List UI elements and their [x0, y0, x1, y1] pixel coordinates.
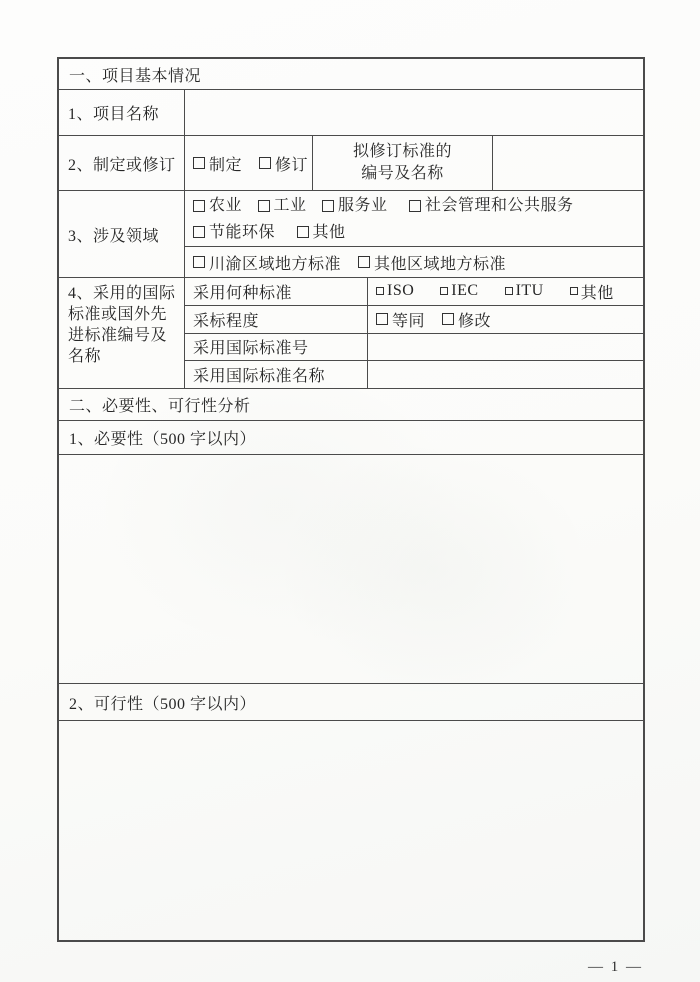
section1-header-row: 一、项目基本情况: [59, 59, 643, 90]
checkbox-option-identical[interactable]: 等同: [376, 308, 425, 331]
necessity-label-row: 1、必要性（500 字以内）: [59, 421, 643, 455]
feasibility-text-area[interactable]: [59, 721, 643, 940]
checkbox-label: ISO: [387, 282, 414, 300]
revise-standard-id-label-line2: 编号及名称: [361, 163, 444, 185]
revise-standard-id-label-line1: 拟修订标准的: [353, 141, 452, 163]
checkbox-label: 川渝区域地方标准: [209, 251, 341, 274]
checkbox-label: 节能环保: [209, 220, 275, 245]
adoption-degree-row: 采标程度 等同 修改: [185, 306, 643, 334]
intl-standard-type-options: ISO IEC ITU 其他: [367, 278, 643, 305]
checkbox-label: 修改: [458, 308, 491, 331]
checkbox-icon[interactable]: [440, 287, 448, 295]
feasibility-label: 2、可行性（500 字以内）: [59, 684, 643, 720]
intl-standard-number-label: 采用国际标准号: [185, 334, 367, 361]
checkbox-label: 其他: [581, 280, 614, 303]
checkbox-label: IEC: [451, 282, 478, 300]
checkbox-icon[interactable]: [409, 200, 421, 212]
checkbox-icon[interactable]: [193, 157, 205, 169]
intl-standard-subtable: 采用何种标准 ISO IEC ITU 其他 采标程度 等同 修改: [184, 278, 643, 388]
section1-title: 一、项目基本情况: [59, 59, 643, 89]
checkbox-icon[interactable]: [322, 200, 334, 212]
intl-standard-type-row: 采用何种标准 ISO IEC ITU 其他: [185, 278, 643, 306]
checkbox-label: 等同: [392, 308, 425, 331]
adoption-degree-label: 采标程度: [185, 306, 367, 333]
checkbox-label: 其他区域地方标准: [374, 251, 506, 274]
intl-standard-type-label: 采用何种标准: [185, 278, 367, 305]
checkbox-option-draft[interactable]: 制定: [193, 152, 242, 175]
domains-region-options: 川渝区域地方标准 其他区域地方标准: [185, 247, 643, 277]
intl-standard-label: 4、采用的国际标准或国外先进标准编号及名称: [59, 278, 184, 388]
checkbox-icon[interactable]: [193, 256, 205, 268]
checkbox-option-energy-environment[interactable]: 节能环保: [193, 220, 275, 245]
necessity-label: 1、必要性（500 字以内）: [59, 421, 643, 454]
revise-standard-id-label: 拟修订标准的 编号及名称: [312, 136, 492, 190]
project-name-label: 1、项目名称: [59, 90, 184, 135]
checkbox-label: 社会管理和公共服务: [425, 193, 574, 218]
feasibility-body-row: [59, 721, 643, 940]
checkbox-option-agriculture[interactable]: 农业: [193, 193, 242, 218]
checkbox-option-social-management[interactable]: 社会管理和公共服务: [409, 193, 574, 218]
intl-standard-row: 4、采用的国际标准或国外先进标准编号及名称 采用何种标准 ISO IEC ITU…: [59, 278, 643, 389]
domains-row: 3、涉及领域 农业 工业 服务业 社会管理和公共服务 节能环保 其他 川渝区域地…: [59, 191, 643, 278]
intl-standard-name-label: 采用国际标准名称: [185, 361, 367, 388]
adoption-degree-options: 等同 修改: [367, 306, 643, 333]
checkbox-option-chuanyu-regional-standard[interactable]: 川渝区域地方标准: [193, 251, 341, 274]
domains-label: 3、涉及领域: [59, 191, 184, 277]
checkbox-icon[interactable]: [376, 313, 388, 325]
checkbox-icon[interactable]: [376, 287, 384, 295]
checkbox-label: 制定: [209, 152, 242, 175]
checkbox-option-iec[interactable]: IEC: [440, 282, 478, 300]
necessity-body-row: [59, 455, 643, 684]
domains-sector-options: 农业 工业 服务业 社会管理和公共服务 节能环保 其他: [185, 191, 643, 247]
draft-or-revise-label: 2、制定或修订: [59, 136, 184, 190]
checkbox-option-other-sector[interactable]: 其他: [297, 220, 346, 245]
draft-or-revise-row: 2、制定或修订 制定 修订 拟修订标准的 编号及名称: [59, 136, 643, 191]
revise-standard-id-input-cell[interactable]: [492, 136, 643, 190]
checkbox-icon[interactable]: [358, 256, 370, 268]
intl-standard-number-row: 采用国际标准号: [185, 334, 643, 362]
checkbox-option-service[interactable]: 服务业: [322, 193, 388, 218]
draft-or-revise-options-cell: 制定 修订: [184, 136, 312, 190]
checkbox-label: 修订: [275, 152, 308, 175]
checkbox-label: ITU: [516, 282, 544, 300]
intl-standard-number-input-cell[interactable]: [367, 334, 643, 361]
checkbox-label: 其他: [313, 220, 346, 245]
necessity-text-area[interactable]: [59, 455, 643, 683]
checkbox-icon[interactable]: [193, 200, 205, 212]
checkbox-icon[interactable]: [258, 200, 270, 212]
checkbox-option-modified[interactable]: 修改: [442, 308, 491, 331]
checkbox-icon[interactable]: [442, 313, 454, 325]
domains-options-cell: 农业 工业 服务业 社会管理和公共服务 节能环保 其他 川渝区域地方标准 其他区…: [184, 191, 643, 277]
section2-header-row: 二、必要性、可行性分析: [59, 389, 643, 421]
feasibility-label-row: 2、可行性（500 字以内）: [59, 684, 643, 721]
checkbox-option-other-regional-standard[interactable]: 其他区域地方标准: [358, 251, 506, 274]
checkbox-icon[interactable]: [297, 226, 309, 238]
checkbox-option-revise[interactable]: 修订: [259, 152, 308, 175]
intl-standard-name-input-cell[interactable]: [367, 361, 643, 388]
project-name-input-cell[interactable]: [184, 90, 643, 135]
checkbox-option-industry[interactable]: 工业: [258, 193, 307, 218]
checkbox-icon[interactable]: [193, 226, 205, 238]
checkbox-option-itu[interactable]: ITU: [505, 282, 544, 300]
checkbox-label: 工业: [274, 193, 307, 218]
checkbox-option-iso[interactable]: ISO: [376, 282, 414, 300]
checkbox-option-other-standard[interactable]: 其他: [570, 280, 614, 303]
checkbox-label: 农业: [209, 193, 242, 218]
checkbox-icon[interactable]: [259, 157, 271, 169]
section2-title: 二、必要性、可行性分析: [59, 389, 643, 420]
checkbox-label: 服务业: [338, 193, 388, 218]
intl-standard-name-row: 采用国际标准名称: [185, 361, 643, 388]
scanned-form-page: 一、项目基本情况 1、项目名称 2、制定或修订 制定 修订 拟修订标准的 编号及…: [0, 0, 700, 982]
project-application-form-table: 一、项目基本情况 1、项目名称 2、制定或修订 制定 修订 拟修订标准的 编号及…: [57, 57, 645, 942]
checkbox-icon[interactable]: [570, 287, 578, 295]
page-number: — 1 —: [588, 959, 643, 976]
project-name-row: 1、项目名称: [59, 90, 643, 136]
checkbox-icon[interactable]: [505, 287, 513, 295]
